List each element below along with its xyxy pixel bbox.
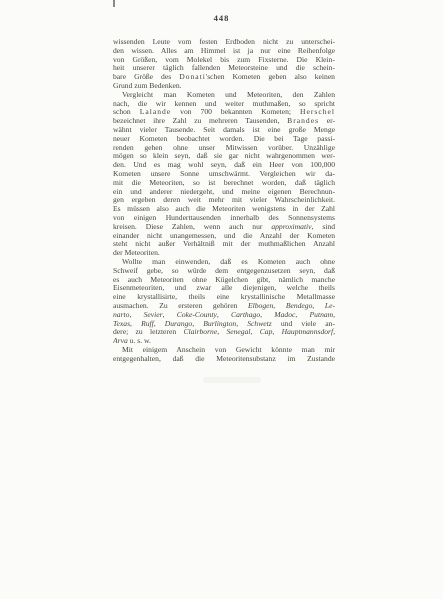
meteorite-name: Schwetz: [247, 320, 271, 328]
scan-artifact-speck: [113, 0, 115, 7]
text-segment: Mit einigem Anschein von Gewicht könnte …: [122, 346, 335, 354]
text-segment: Es müssen also auch die Meteoriten wenig…: [113, 205, 335, 213]
text-segment: ,: [192, 320, 203, 328]
text-segment: steht nicht außer Verhältniß mit der mut…: [113, 240, 335, 248]
text-line: Vergleicht man Kometen und Meteoriten, d…: [113, 91, 335, 100]
text-segment: ,: [295, 311, 309, 319]
text-segment: Herschel: [300, 108, 335, 116]
text-segment: ein und anderer niedergeht, und meine ei…: [113, 188, 335, 196]
meteorite-name: Bendego: [286, 302, 313, 310]
text-segment: Lalande: [140, 108, 171, 116]
text-segment: Grund zum Bedenken.: [113, 82, 182, 90]
text-line: bare Größe des Donati'schen Kometen gebe…: [113, 73, 335, 82]
text-segment: renden gehen ohne unser Mitwissen vorübe…: [113, 144, 335, 152]
text-segment: Kometen unsere Sonne umschwärmt. Verglei…: [113, 170, 335, 178]
text-segment: der Meteoriten.: [113, 249, 160, 257]
text-line: ausmachen. Zu ersteren gehören Elbogen, …: [113, 302, 335, 311]
text-line: eine krystallisirte, theils eine krystal…: [113, 293, 335, 302]
text-segment: 'schen Kometen geben also keinen: [206, 73, 335, 81]
text-line: mögen so klein seyn, daß sie gar nicht w…: [113, 152, 335, 161]
text-line: narto, Sevier, Coke-County, Carthago, Ma…: [113, 311, 335, 320]
text-segment: von Größen, vom Molekel bis zum Fixstern…: [113, 56, 335, 64]
text-segment: ,: [154, 320, 165, 328]
text-line: der Meteoriten.: [113, 249, 335, 258]
text-segment: Wollte man einwenden, daß es Kometen auc…: [122, 258, 335, 266]
text-segment: kreisen. Diese Zahlen, wenn auch nur: [113, 223, 271, 231]
meteorite-name: Sevier: [144, 311, 163, 319]
meteorite-name: Cap: [260, 328, 273, 336]
text-segment: ,: [251, 328, 260, 336]
text-segment: Brandes: [287, 117, 319, 125]
text-segment: heit unserer täglich fallenden Meteorste…: [113, 64, 335, 72]
text-segment: nach, die wir kennen und weiter muthmaße…: [113, 100, 335, 108]
text-line: wähnt vieler Tausende. Seit damals ist e…: [113, 126, 335, 135]
meteorite-name: Senegal: [226, 328, 250, 336]
text-line: heit unserer täglich fallenden Meteorste…: [113, 64, 335, 73]
text-line: steht nicht außer Verhältniß mit der mut…: [113, 240, 335, 249]
text-segment: neuer Kometen beobachtet worden. Die bei…: [113, 135, 335, 143]
text-line: Eisenmeteoriten, und zwar alle diejenige…: [113, 284, 335, 293]
text-segment: ,: [273, 302, 286, 310]
meteorite-name: Texas: [113, 320, 130, 328]
meteorite-name: Burlington: [203, 320, 236, 328]
text-line: von Größen, vom Molekel bis zum Fixstern…: [113, 56, 335, 65]
text-segment: den wissen. Alles am Himmel ist ja nur e…: [113, 47, 335, 55]
page-number: 448: [0, 13, 443, 23]
meteorite-name: Durango: [165, 320, 192, 328]
meteorite-name: Arva: [113, 337, 128, 345]
text-segment: er-: [319, 117, 335, 125]
text-segment: eine krystallisirte, theils eine krystal…: [113, 293, 335, 301]
text-segment: dere; zu letzteren: [113, 328, 183, 336]
text-segment: ,: [236, 320, 247, 328]
meteorite-name: Clairborne: [183, 328, 217, 336]
meteorite-name: Le-: [325, 302, 335, 310]
text-line: einander nicht unangemessen, und die Anz…: [113, 232, 335, 241]
text-line: Mit einigem Anschein von Gewicht könnte …: [113, 346, 335, 355]
text-segment: mit die Meteoriten, so ist berechnet wor…: [113, 179, 335, 187]
scan-artifact-bleed: [203, 377, 261, 383]
text-segment: wissenden Leute vom festen Erdboden nich…: [113, 38, 335, 46]
text-line: renden gehen ohne unser Mitwissen vorübe…: [113, 144, 335, 153]
text-segment: ,: [333, 311, 335, 319]
text-line: schon Lalande von 700 bekannten Kometen;…: [113, 108, 335, 117]
text-segment: ,: [217, 311, 231, 319]
text-segment: ,: [130, 320, 141, 328]
text-segment: Schweif gebe, so würde dem entgegenzuset…: [113, 267, 335, 275]
text-segment: von einigen Hunderttausenden innerhalb d…: [113, 214, 335, 222]
text-line: dere; zu letzteren Clairborne, Senegal, …: [113, 328, 335, 337]
meteorite-name: Ruff: [141, 320, 154, 328]
text-segment: ,: [333, 328, 335, 336]
text-line: Arva u. s. w.: [113, 337, 335, 346]
text-line: gen ergeben deren weit mehr mit vieler W…: [113, 196, 335, 205]
text-segment: ,: [272, 328, 281, 336]
text-segment: , sind: [312, 223, 335, 231]
text-segment: bezeichnet ihre Zahl zu mehreren Tausend…: [113, 117, 287, 125]
text-segment: Eisenmeteoriten, und zwar alle diejenige…: [113, 284, 335, 292]
text-line: von einigen Hunderttausenden innerhalb d…: [113, 214, 335, 223]
paragraph: Wollte man einwenden, daß es Kometen auc…: [113, 258, 335, 346]
text-segment: gen ergeben deren weit mehr mit vieler W…: [113, 196, 335, 204]
meteorite-name: Hauptmannsdorf: [282, 328, 333, 336]
text-line: den. Und es mag wohl seyn, daß ein Heer …: [113, 161, 335, 170]
meteorite-name: Putnam: [310, 311, 334, 319]
text-line: nach, die wir kennen und weiter muthmaße…: [113, 100, 335, 109]
text-line: Wollte man einwenden, daß es Kometen auc…: [113, 258, 335, 267]
text-segment: den. Und es mag wohl seyn, daß ein Heer …: [113, 161, 335, 169]
text-segment: ausmachen. Zu ersteren gehören: [113, 302, 248, 310]
book-page: 448 wissenden Leute vom festen Erdboden …: [0, 0, 443, 599]
text-segment: wähnt vieler Tausende. Seit damals ist e…: [113, 126, 335, 134]
text-line: wissenden Leute vom festen Erdboden nich…: [113, 38, 335, 47]
text-line: kreisen. Diese Zahlen, wenn auch nur app…: [113, 223, 335, 232]
text-segment: ,: [163, 311, 177, 319]
meteorite-name: narto: [113, 311, 129, 319]
meteorite-name: Coke-County: [177, 311, 217, 319]
paragraph: Mit einigem Anschein von Gewicht könnte …: [113, 346, 335, 364]
text-line: neuer Kometen beobachtet worden. Die bei…: [113, 135, 335, 144]
text-segment: und viele an-: [272, 320, 335, 328]
text-segment: bare Größe des: [113, 73, 179, 81]
text-line: mit die Meteoriten, so ist berechnet wor…: [113, 179, 335, 188]
text-segment: entgegenhalten, daß die Meteoritensubsta…: [113, 355, 335, 363]
text-segment: Vergleicht man Kometen und Meteoriten, d…: [122, 91, 335, 99]
text-segment: von 700 bekannten Kometen;: [171, 108, 300, 116]
text-segment: ,: [129, 311, 143, 319]
text-segment: es auch Meteoriten ohne Kügelchen gibt, …: [113, 276, 335, 284]
text-segment: ,: [260, 311, 274, 319]
meteorite-name: Madoc: [274, 311, 295, 319]
text-segment: Donati: [179, 73, 206, 81]
text-segment: u. s. w.: [128, 337, 151, 345]
text-block: wissenden Leute vom festen Erdboden nich…: [113, 38, 335, 363]
text-segment: schon: [113, 108, 140, 116]
meteorite-name: Elbogen: [248, 302, 273, 310]
text-line: Es müssen also auch die Meteoriten wenig…: [113, 205, 335, 214]
meteorite-name: approximativ: [271, 223, 311, 231]
meteorite-name: Carthago: [231, 311, 260, 319]
text-line: Kometen unsere Sonne umschwärmt. Verglei…: [113, 170, 335, 179]
text-segment: mögen so klein seyn, daß sie gar nicht w…: [113, 152, 335, 160]
text-segment: einander nicht unangemessen, und die Anz…: [113, 232, 335, 240]
text-line: entgegenhalten, daß die Meteoritensubsta…: [113, 355, 335, 364]
text-line: Grund zum Bedenken.: [113, 82, 335, 91]
text-line: den wissen. Alles am Himmel ist ja nur e…: [113, 47, 335, 56]
paragraph: wissenden Leute vom festen Erdboden nich…: [113, 38, 335, 91]
text-line: Schweif gebe, so würde dem entgegenzuset…: [113, 267, 335, 276]
text-line: es auch Meteoriten ohne Kügelchen gibt, …: [113, 276, 335, 285]
text-line: ein und anderer niedergeht, und meine ei…: [113, 188, 335, 197]
paragraph: Vergleicht man Kometen und Meteoriten, d…: [113, 91, 335, 258]
text-line: Texas, Ruff, Durango, Burlington, Schwet…: [113, 320, 335, 329]
text-segment: ,: [312, 302, 325, 310]
text-line: bezeichnet ihre Zahl zu mehreren Tausend…: [113, 117, 335, 126]
